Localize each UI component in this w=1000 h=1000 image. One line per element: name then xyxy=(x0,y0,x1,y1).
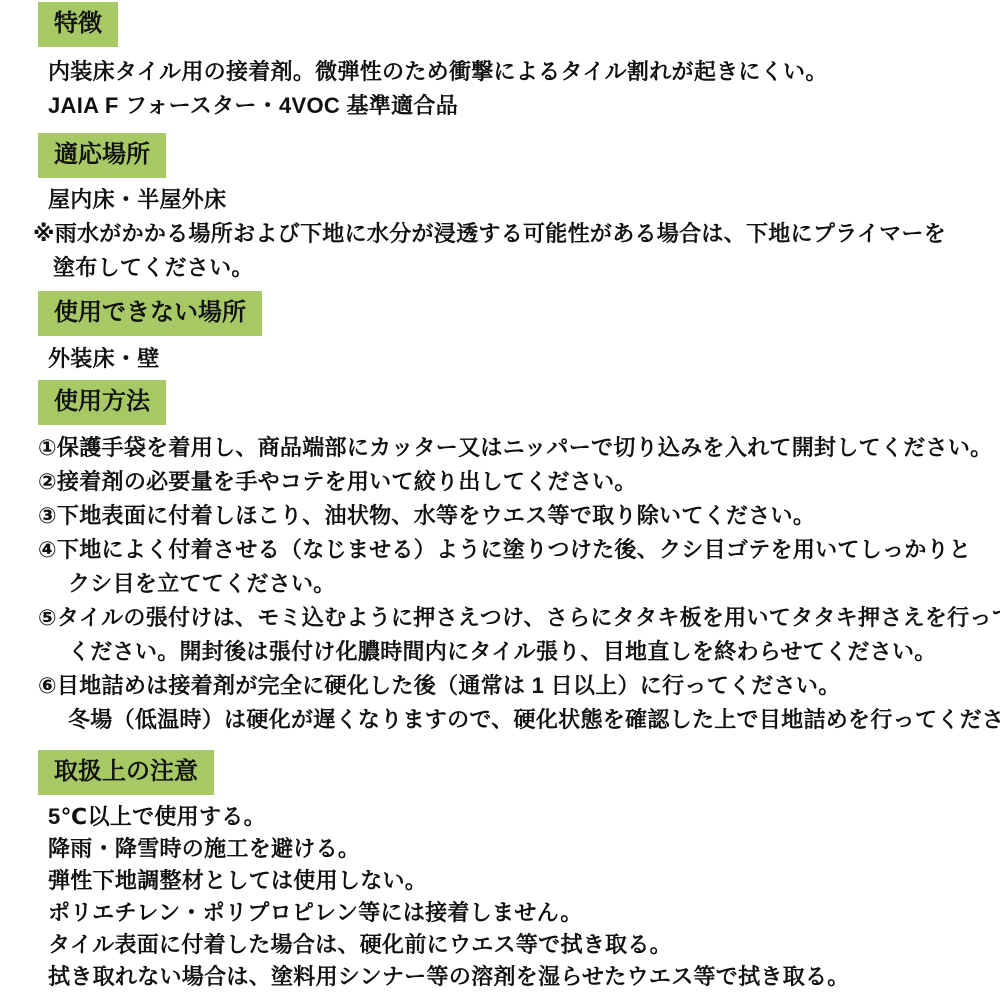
step-6-continuation: 冬場（低温時）は硬化が遅くなりますので、硬化状態を確認した上で目地詰めを行ってく… xyxy=(68,703,1000,737)
unusable-areas-text: 外装床・壁 xyxy=(38,342,1000,376)
step-6: ⑥目地詰めは接着剤が完全に硬化した後（通常は 1 日以上）に行ってください。 xyxy=(38,669,1000,703)
precaution-item: ポリエチレン・ポリプロピレン等には接着しません。 xyxy=(48,897,1000,929)
heading-features: 特徴 xyxy=(38,2,118,47)
text-line: 屋内床・半屋外床 xyxy=(48,183,1000,217)
step-1: ①保護手袋を着用し、商品端部にカッター又はニッパーで切り込みを入れて開封してくだ… xyxy=(38,431,1000,465)
heading-unusable-areas: 使用できない場所 xyxy=(38,291,262,336)
precaution-item: 降雨・降雪時の施工を避ける。 xyxy=(48,833,1000,865)
usage-steps: ①保護手袋を着用し、商品端部にカッター又はニッパーで切り込みを入れて開封してくだ… xyxy=(38,431,1000,737)
step-3: ③下地表面に付着しほこり、油状物、水等をウエス等で取り除いてください。 xyxy=(38,499,1000,533)
heading-usage-instructions: 使用方法 xyxy=(38,380,166,425)
step-4: ④下地によく付着させる（なじませる）ように塗りつけた後、クシ目ゴテを用いてしっか… xyxy=(38,533,1000,567)
text-line: 外装床・壁 xyxy=(48,342,1000,376)
heading-handling-precautions: 取扱上の注意 xyxy=(38,750,214,795)
features-text: 内装床タイル用の接着剤。微弾性のため衝撃によるタイル割れが起きにくい。 JAIA… xyxy=(38,55,1000,123)
step-4-continuation: クシ目を立ててください。 xyxy=(68,567,1000,601)
step-5-continuation: ください。開封後は張付け化膿時間内にタイル張り、目地直しを終わらせてください。 xyxy=(68,635,1000,669)
precaution-item: 弾性下地調整材としては使用しない。 xyxy=(48,865,1000,897)
text-line-note: ※雨水がかかる場所および下地に水分が浸透する可能性がある場合は、下地にプライマー… xyxy=(33,217,1000,251)
precaution-notes: 5℃以上で使用する。 降雨・降雪時の施工を避ける。 弾性下地調整材としては使用し… xyxy=(38,801,1000,993)
precaution-item: タイル表面に付着した場合は、硬化前にウエス等で拭き取る。 xyxy=(48,929,1000,961)
step-2: ②接着剤の必要量を手やコテを用いて絞り出してください。 xyxy=(38,465,1000,499)
text-line-continuation: 塗布してください。 xyxy=(53,251,1000,285)
text-line: 内装床タイル用の接着剤。微弾性のため衝撃によるタイル割れが起きにくい。 xyxy=(48,55,1000,89)
text-line: JAIA F フォースター・4VOC 基準適合品 xyxy=(48,89,1000,123)
applicable-areas-text: 屋内床・半屋外床 ※雨水がかかる場所および下地に水分が浸透する可能性がある場合は… xyxy=(38,183,1000,285)
precaution-item: 5℃以上で使用する。 xyxy=(48,801,1000,833)
step-5: ⑤タイルの張付けは、モミ込むように押さえつけ、さらにタタキ板を用いてタタキ押さえ… xyxy=(38,601,1000,635)
heading-applicable-areas: 適応場所 xyxy=(38,133,166,178)
product-info-document: 特徴 内装床タイル用の接着剤。微弾性のため衝撃によるタイル割れが起きにくい。 J… xyxy=(0,0,1000,993)
precaution-item: 拭き取れない場合は、塗料用シンナー等の溶剤を湿らせたウエス等で拭き取る。 xyxy=(48,961,1000,993)
